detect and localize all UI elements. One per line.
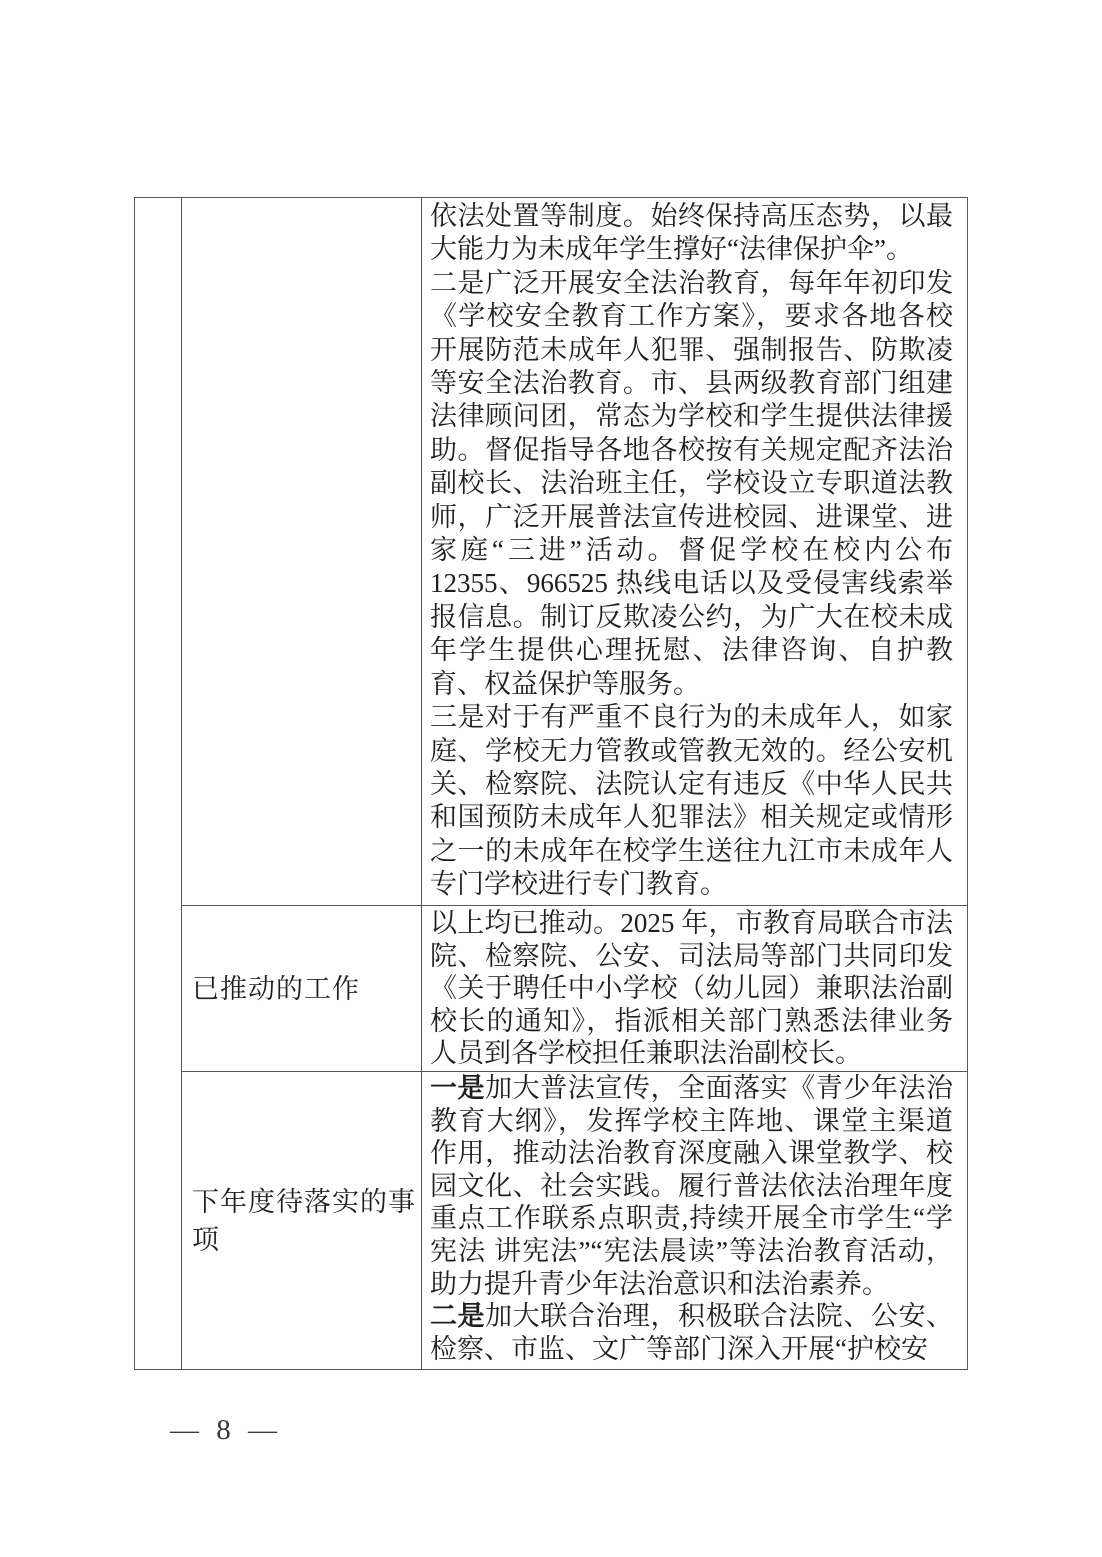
- table-row: 下年度待落实的事项 一是加大普法宣传，全面落实《青少年法治教育大纲》，发挥学校主…: [182, 1072, 967, 1369]
- paragraph-lead-bold: 一是: [430, 1073, 485, 1103]
- paragraph: 一是加大普法宣传，全面落实《青少年法治教育大纲》，发挥学校主阵地、课堂主渠道作用…: [430, 1072, 953, 1300]
- page-number: — 8 —: [170, 1414, 282, 1447]
- paragraph: 三是对于有严重不良行为的未成年人，如家庭、学校无力管教或管教无效的。经公安机关、…: [430, 701, 953, 901]
- table-row: 依法处置等制度。始终保持高压态势，以最大能力为未成年学生撑好“法律保护伞”。二是…: [182, 198, 967, 906]
- row-content: 依法处置等制度。始终保持高压态势，以最大能力为未成年学生撑好“法律保护伞”。二是…: [422, 198, 967, 905]
- row-label: 下年度待落实的事项: [182, 1072, 422, 1369]
- paragraph-lead-bold: 二是: [430, 1301, 485, 1331]
- row-label: 已推动的工作: [182, 906, 422, 1071]
- paragraph: 以上均已推动。2025 年，市教育局联合市法院、检察院、公安、司法局等部门共同印…: [430, 907, 953, 1070]
- table-rows: 依法处置等制度。始终保持高压态势，以最大能力为未成年学生撑好“法律保护伞”。二是…: [182, 198, 967, 1369]
- table-row: 已推动的工作 以上均已推动。2025 年，市教育局联合市法院、检察院、公安、司法…: [182, 906, 967, 1072]
- row-content: 以上均已推动。2025 年，市教育局联合市法院、检察院、公安、司法局等部门共同印…: [422, 906, 967, 1071]
- paragraph: 依法处置等制度。始终保持高压态势，以最大能力为未成年学生撑好“法律保护伞”。: [430, 200, 953, 267]
- scanned-document-page: { "page": { "number_label": "— 8 —" }, "…: [0, 0, 1102, 1557]
- table-seq-column-cell: [135, 198, 182, 1369]
- paragraph: 二是加大联合治理，积极联合法院、公安、检察、市监、文广等部门深入开展“护校安: [430, 1300, 953, 1365]
- row-content: 一是加大普法宣传，全面落实《青少年法治教育大纲》，发挥学校主阵地、课堂主渠道作用…: [422, 1072, 967, 1369]
- report-table: 依法处置等制度。始终保持高压态势，以最大能力为未成年学生撑好“法律保护伞”。二是…: [134, 197, 968, 1370]
- paragraph: 二是广泛开展安全法治教育，每年年初印发《学校安全教育工作方案》，要求各地各校开展…: [430, 267, 953, 701]
- row-label-empty: [182, 198, 422, 905]
